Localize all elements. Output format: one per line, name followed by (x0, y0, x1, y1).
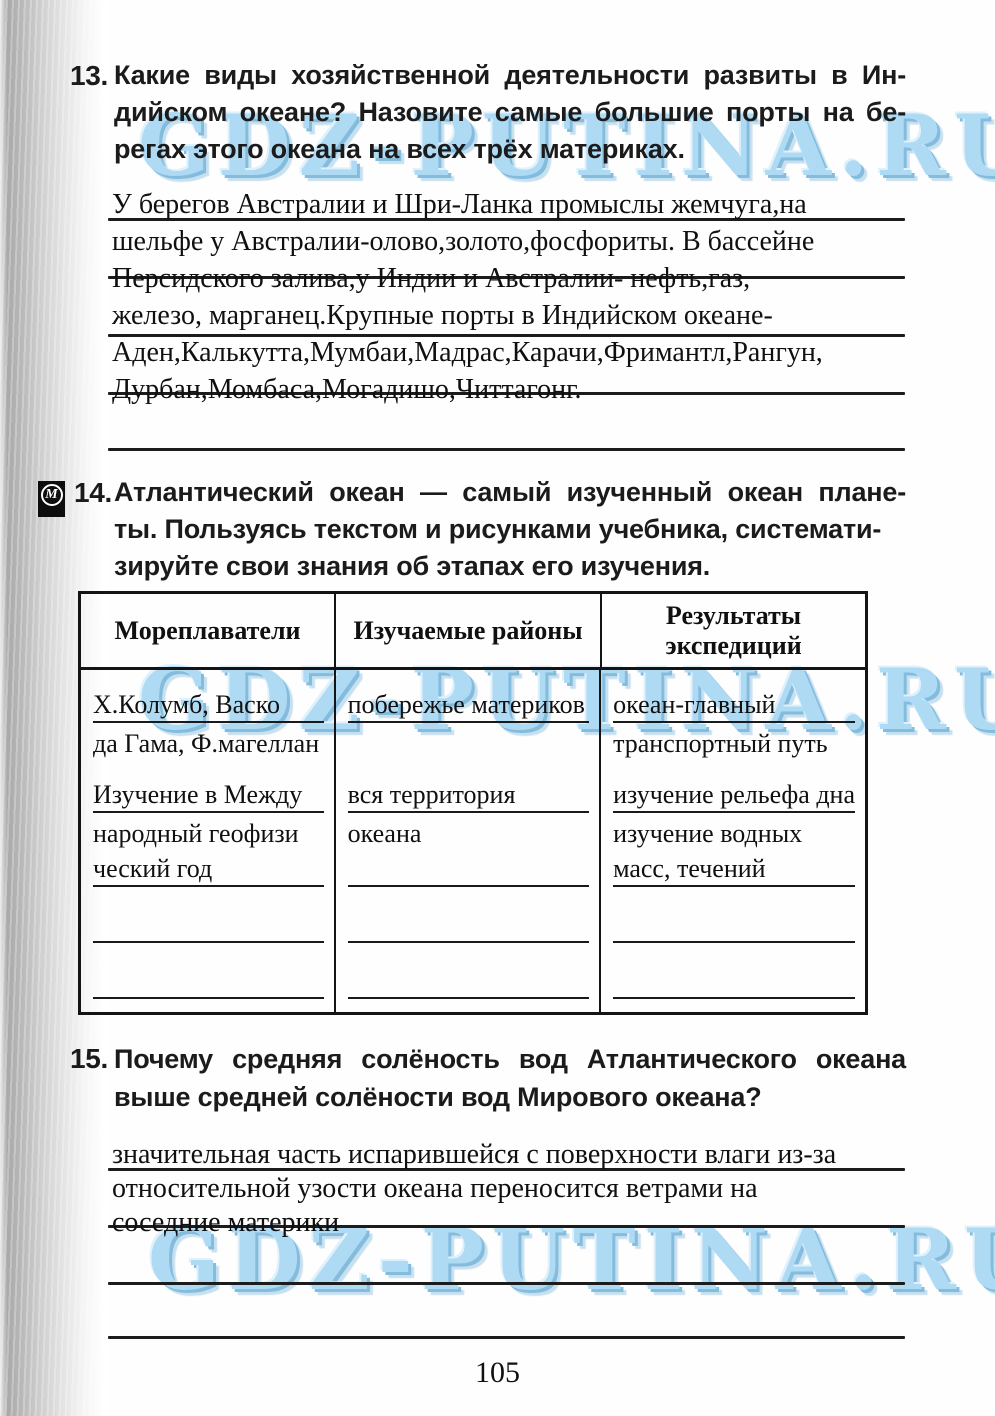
q15-question: Почему средняя солёность вод Атлантическ… (114, 1040, 906, 1116)
table-cell-line: масс, течений (613, 850, 855, 887)
table-blank-line (348, 943, 589, 999)
page-number: 105 (0, 1356, 995, 1390)
table-column-regions: побережье материков вся территория океан… (336, 670, 601, 1012)
q15-answer-line: значительная часть испарившейся с поверх… (112, 1138, 907, 1172)
table-body: Х.Колумб, Васко да Гама, Ф.магеллан Изуч… (81, 670, 865, 1012)
q15-question-line: выше средней солёности вод Мирового океа… (114, 1078, 906, 1116)
m-icon: М (38, 481, 65, 517)
q13-question-line: регах этого океана на всех трёх материка… (114, 131, 906, 168)
table-cell-line: ческий год (93, 850, 324, 887)
table-blank-line (93, 887, 324, 943)
q13-answer: У берегов Австралии и Шри-Ланка промыслы… (112, 186, 907, 408)
table-cell-line: изучение рельефа дна (613, 776, 855, 813)
answer-rule-line (108, 448, 905, 451)
table-blank-line (93, 943, 324, 999)
q15-answer-line: относительной узости океана переносится … (112, 1172, 907, 1206)
q14-number: 14. (74, 474, 112, 511)
q14-question-line: Атлантический океан — самый изученный ок… (114, 474, 906, 511)
answer-rule-line (108, 1282, 905, 1285)
q13-answer-line: У берегов Австралии и Шри-Ланка промыслы… (112, 186, 907, 223)
q13-answer-line: Персидского залива,у Индии и Австралии- … (112, 260, 907, 297)
table-cell-line: изучение водных (613, 813, 855, 850)
q13-answer-line: железо, марганец.Крупные порты в Индийск… (112, 297, 907, 334)
table-cell-line: океана (348, 813, 589, 850)
table-blank-line (348, 887, 589, 943)
table-header-row: Мореплаватели Изучаемые районы Результат… (81, 594, 865, 670)
expeditions-table: Мореплаватели Изучаемые районы Результат… (78, 591, 868, 1015)
table-cell-gap (613, 760, 855, 776)
q14-question-line: зируйте свои знания об этапах его изучен… (114, 548, 906, 585)
table-cell-line: Изучение в Между (93, 776, 324, 813)
table-header-results: Результаты экспедиций (602, 594, 865, 667)
table-cell-line: вся территория (348, 776, 589, 813)
table-cell-line: народный геофизи (93, 813, 324, 850)
table-column-results: океан-главный транспортный путь изучение… (601, 670, 865, 1012)
table-cell-line: транспортный путь (613, 723, 855, 760)
table-cell-line: да Гама, Ф.магеллан (93, 723, 324, 760)
q15-question-line: Почему средняя солёность вод Атлантическ… (114, 1040, 906, 1078)
m-icon-letter: М (41, 484, 63, 506)
answer-rule-line (108, 1336, 905, 1339)
table-cell-gap (348, 760, 589, 776)
q14-question-line: ты. Пользуясь текстом и рисунками учебни… (114, 511, 906, 548)
q13-question-line: дийском океане? Назовите самые большие п… (114, 94, 906, 131)
q15-answer-line: соседние материки (112, 1206, 907, 1240)
q13-question: Какие виды хозяйственной деятельности ра… (114, 57, 906, 168)
q13-answer-line: шельфе у Австралии-олово,золото,фосфорит… (112, 223, 907, 260)
q13-answer-line: Аден,Калькутта,Мумбаи,Мадрас,Карачи,Фрим… (112, 334, 907, 371)
q13-answer-line: Дурбан,Момбаса,Могадишо,Читтагонг. (112, 371, 907, 408)
table-cell-gap (93, 760, 324, 776)
table-cell-line: побережье материков (348, 686, 589, 723)
table-blank-line (613, 887, 855, 943)
table-cell-line: Х.Колумб, Васко (93, 686, 324, 723)
table-cell-line (348, 723, 589, 760)
table-cell-line: океан-главный (613, 686, 855, 723)
q14-question: Атлантический океан — самый изученный ок… (114, 474, 906, 585)
table-blank-line (613, 943, 855, 999)
table-column-seafarers: Х.Колумб, Васко да Гама, Ф.магеллан Изуч… (81, 670, 336, 1012)
table-header-seafarers: Мореплаватели (81, 594, 336, 667)
workbook-page: GDZ-PUTINA.RU GDZ-PUTINA.RU GDZ-PUTINA.R… (0, 0, 995, 1416)
table-cell-line (348, 850, 589, 887)
table-header-regions: Изучаемые районы (336, 594, 602, 667)
q15-answer: значительная часть испарившейся с поверх… (112, 1138, 907, 1240)
q13-number: 13. (70, 57, 108, 94)
q15-number: 15. (70, 1040, 108, 1077)
q13-question-line: Какие виды хозяйственной деятельности ра… (114, 57, 906, 94)
